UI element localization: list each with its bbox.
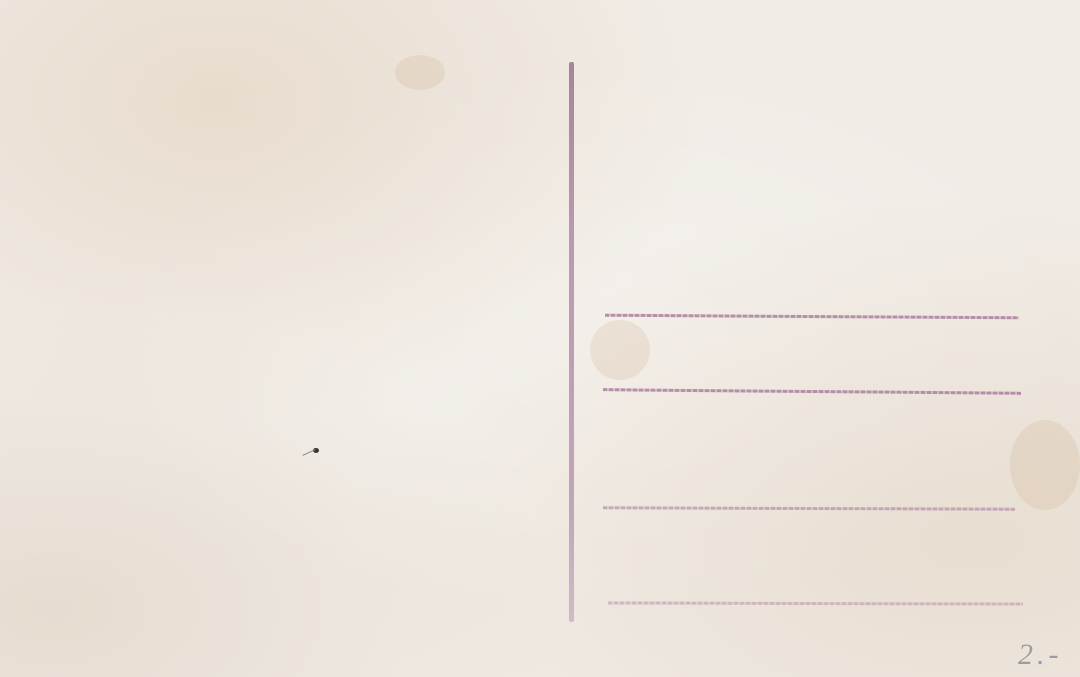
address-line-3 (603, 506, 1015, 510)
age-stain (590, 320, 650, 380)
age-stain (1010, 420, 1080, 510)
vertical-divider-line (569, 62, 574, 622)
pencil-price-mark: 2.- (1018, 638, 1063, 672)
address-line-4 (608, 601, 1023, 605)
address-line-1 (605, 314, 1019, 320)
address-line-2 (603, 388, 1021, 395)
age-stain (395, 55, 445, 90)
postcard-back: 2.- (0, 0, 1080, 677)
